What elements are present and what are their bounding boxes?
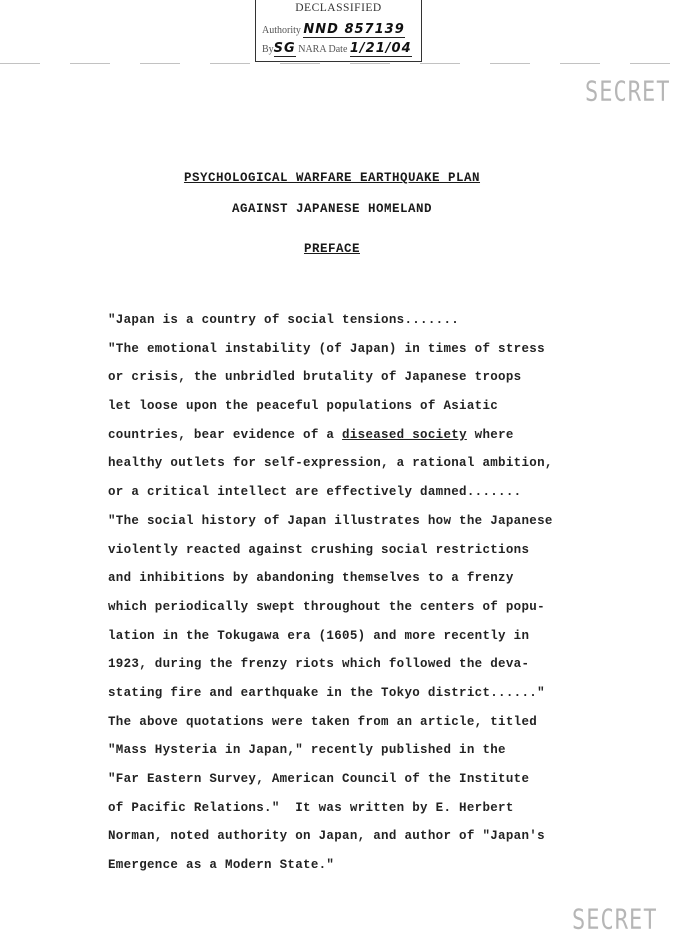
body-line: let loose upon the peaceful populations … [108, 399, 608, 428]
body-line: countries, bear evidence of a diseased s… [108, 428, 608, 457]
stamp-authority-row: Authority NND 857139 [262, 22, 405, 37]
declassification-stamp: DECLASSIFIED Authority NND 857139 BySG N… [255, 0, 422, 62]
body-line: Norman, noted authority on Japan, and au… [108, 829, 608, 858]
body-line: violently reacted against crushing socia… [108, 543, 608, 572]
stamp-by-row: BySG NARA Date 1/21/04 [262, 41, 412, 56]
document-subtitle: AGAINST JAPANESE HOMELAND [0, 202, 670, 216]
stamp-by-label: By [262, 44, 274, 55]
preface-body: "Japan is a country of social tensions..… [108, 313, 608, 887]
body-line: healthy outlets for self-expression, a r… [108, 456, 608, 485]
body-line: "Far Eastern Survey, American Council of… [108, 772, 608, 801]
stamp-nara-date-value: 1/21/04 [350, 41, 412, 57]
body-line: stating fire and earthquake in the Tokyo… [108, 686, 608, 715]
body-line: "Japan is a country of social tensions..… [108, 313, 608, 342]
stamp-title: DECLASSIFIED [256, 2, 421, 14]
stamp-by-value: SG [274, 41, 296, 57]
body-line: Emergence as a Modern State." [108, 858, 608, 887]
body-line: lation in the Tokugawa era (1605) and mo… [108, 629, 608, 658]
body-line: "The social history of Japan illustrates… [108, 514, 608, 543]
body-text-segment: where [467, 428, 514, 442]
body-line: 1923, during the frenzy riots which foll… [108, 657, 608, 686]
stamp-authority-label: Authority [262, 25, 301, 36]
document-title-text: PSYCHOLOGICAL WARFARE EARTHQUAKE PLAN [184, 171, 480, 185]
body-line: or a critical intellect are effectively … [108, 485, 608, 514]
section-heading: PREFACE [0, 242, 670, 256]
document-title: PSYCHOLOGICAL WARFARE EARTHQUAKE PLAN [0, 171, 670, 185]
body-line: or crisis, the unbridled brutality of Ja… [108, 370, 608, 399]
classification-mark-bottom: SECRET [572, 905, 657, 936]
classification-mark-top: SECRET [585, 77, 670, 108]
page-top-rule [0, 63, 676, 64]
body-line: The above quotations were taken from an … [108, 715, 608, 744]
stamp-authority-value: NND 857139 [303, 22, 404, 38]
body-text-segment: countries, bear evidence of a [108, 428, 342, 442]
underlined-phrase: diseased society [342, 428, 467, 442]
stamp-nara-date-label: NARA Date [298, 44, 347, 55]
body-line: "The emotional instability (of Japan) in… [108, 342, 608, 371]
body-line: "Mass Hysteria in Japan," recently publi… [108, 743, 608, 772]
body-line: which periodically swept throughout the … [108, 600, 608, 629]
section-heading-text: PREFACE [304, 242, 360, 256]
body-line: of Pacific Relations." It was written by… [108, 801, 608, 830]
body-line: and inhibitions by abandoning themselves… [108, 571, 608, 600]
